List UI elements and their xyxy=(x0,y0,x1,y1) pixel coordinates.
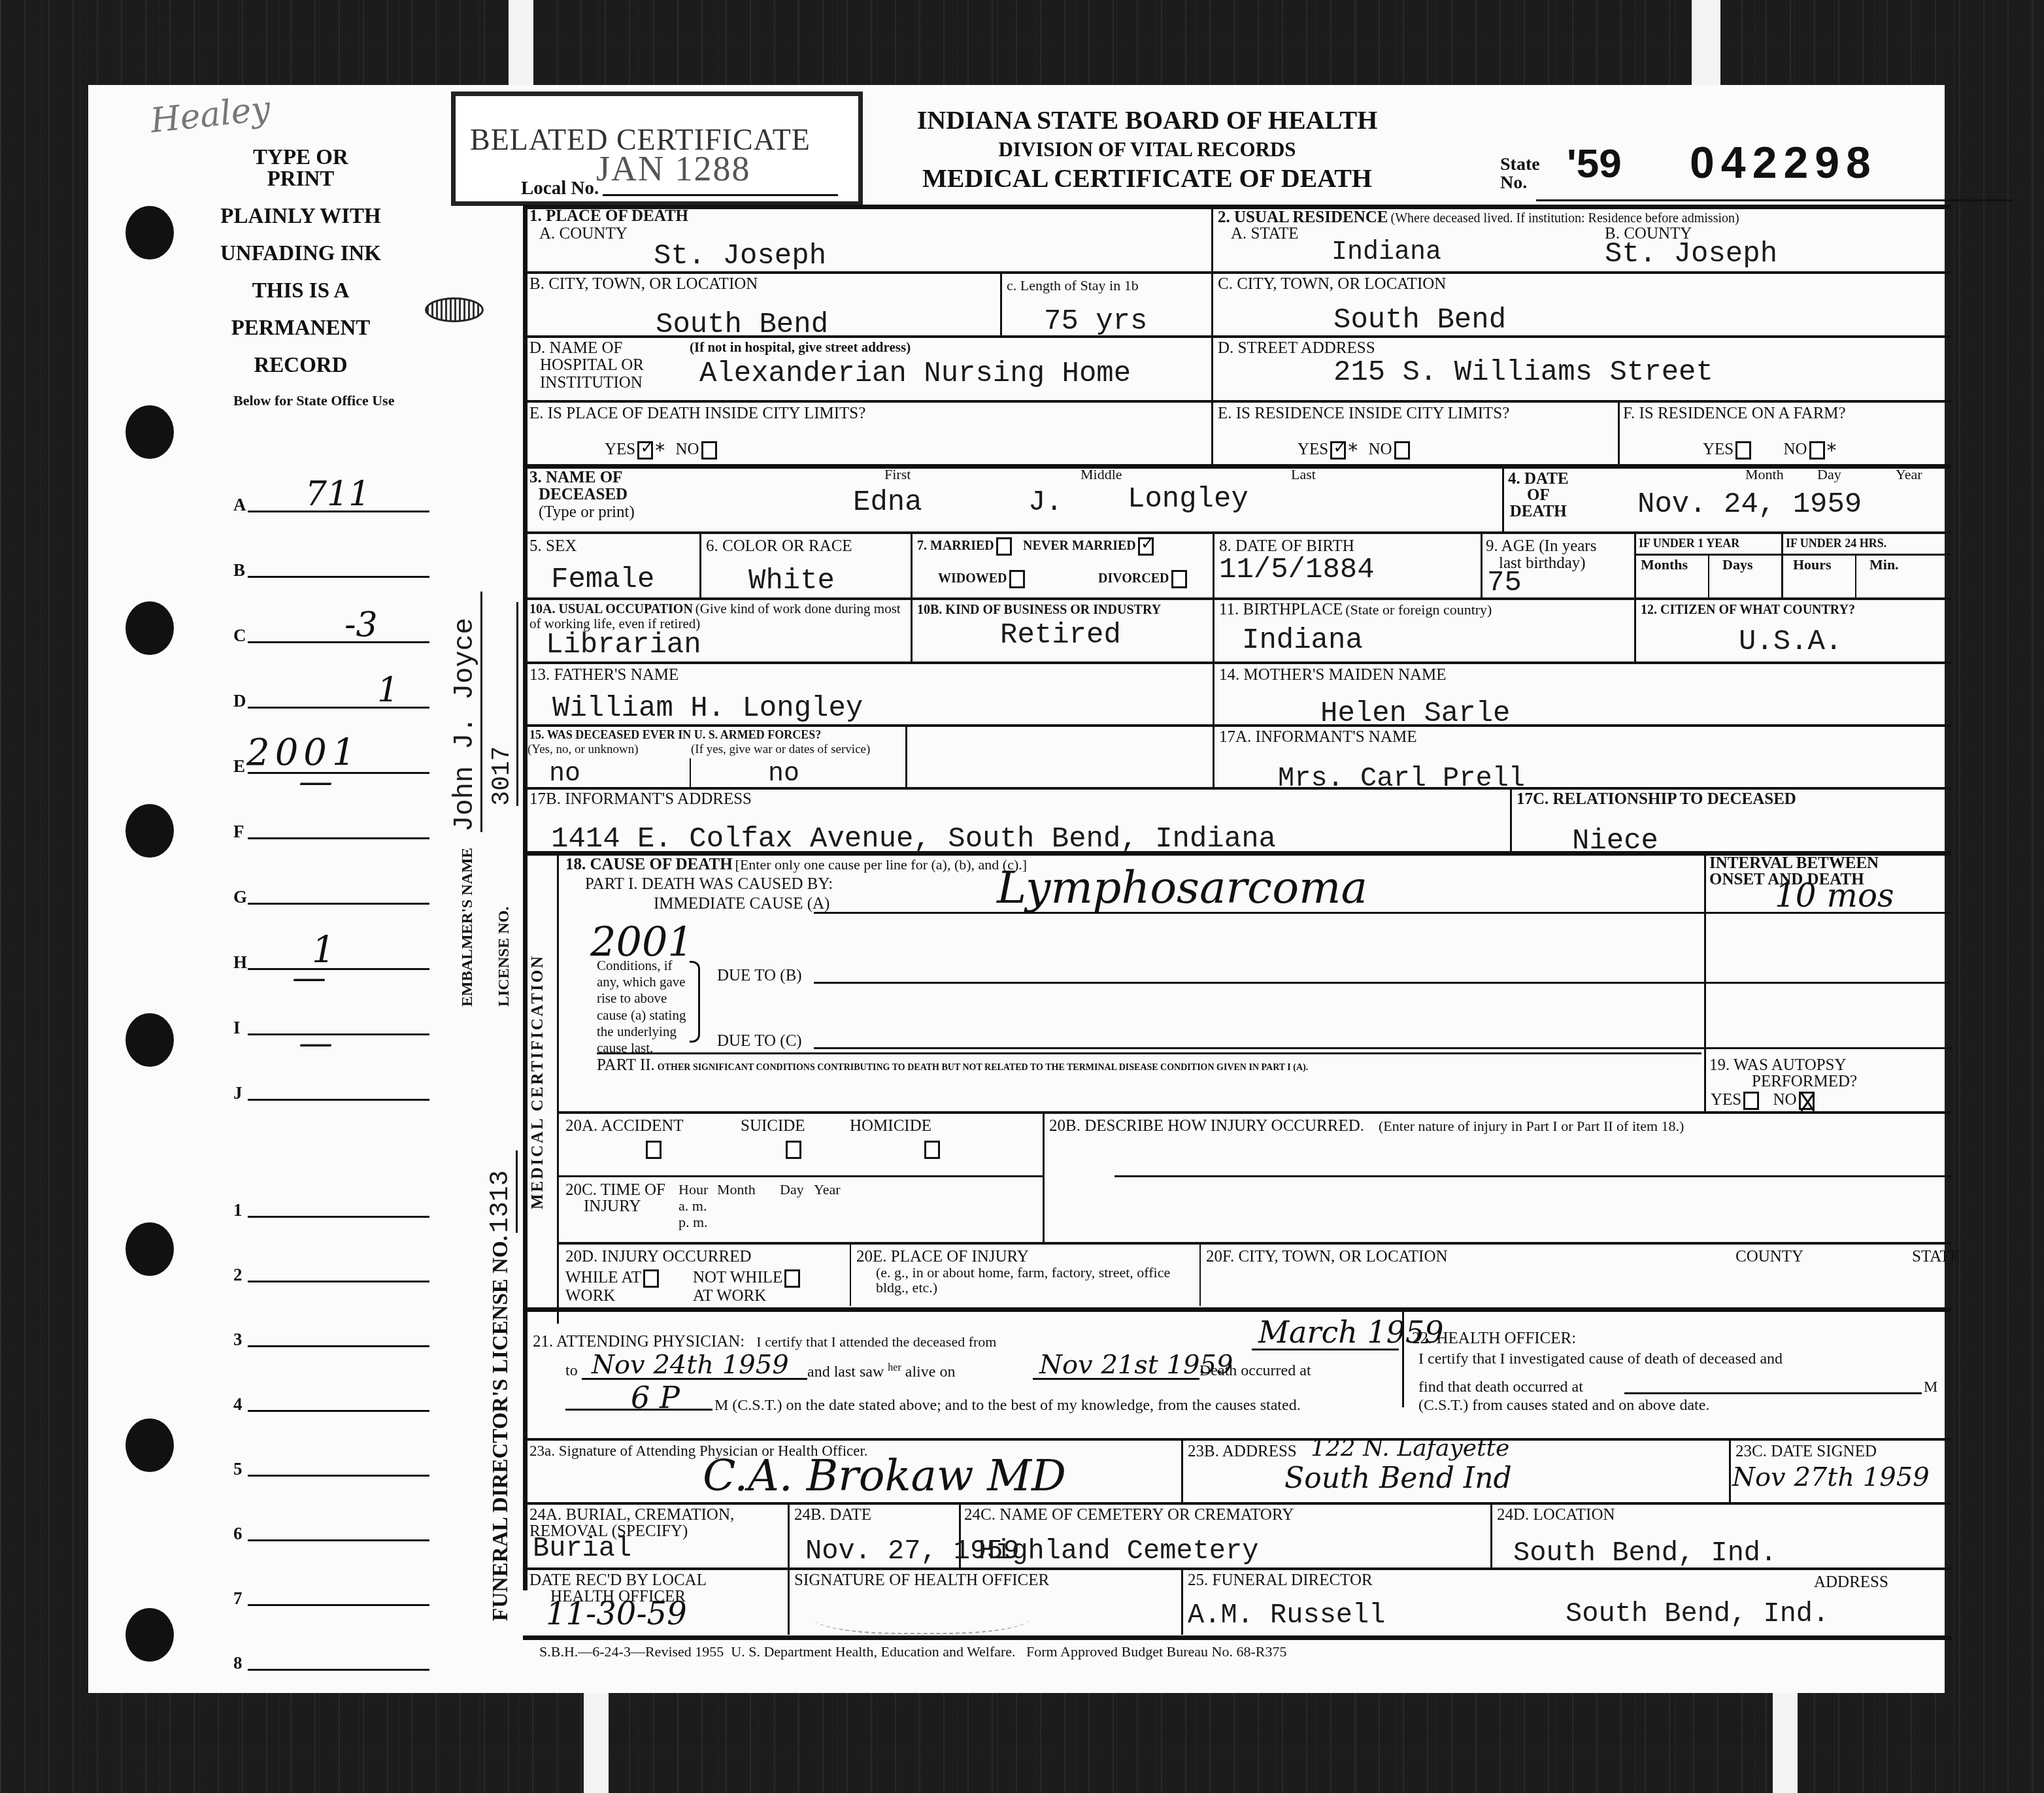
birthplace-label: 11. BIRTHPLACE (State or foreign country… xyxy=(1219,601,1492,618)
rule xyxy=(1729,1440,1731,1502)
asterisk-mark: * xyxy=(1348,439,1358,462)
state-no: 042298 xyxy=(1690,137,1877,188)
funeral-director-label: 25. FUNERAL DIRECTOR xyxy=(1188,1572,1373,1588)
res-city-limits-no-checkbox[interactable] xyxy=(1394,441,1410,460)
film-edge-right-bottom xyxy=(1773,1693,1798,1793)
age-value: 75 xyxy=(1487,569,1522,597)
time-of-injury-label: 20c. TIME OF INJURY xyxy=(565,1182,665,1215)
rule xyxy=(905,726,907,787)
film-edge-left xyxy=(509,0,533,85)
pod-city-limits-options: YES* NO xyxy=(605,441,719,461)
first-label: First xyxy=(884,467,911,482)
asterisk-mark: * xyxy=(1827,439,1837,462)
film-edge-mid xyxy=(1692,0,1720,85)
informant-name-label: 17a. INFORMANT'S NAME xyxy=(1219,729,1416,745)
license-label: LICENSE No. xyxy=(495,907,512,1007)
divorced-checkbox[interactable] xyxy=(1171,570,1187,588)
autopsy-options: YES NO xyxy=(1711,1092,1817,1110)
physician-cert-end: M (C.S.T.) on the date stated above; and… xyxy=(565,1396,1396,1416)
dob-label: 8. DATE OF BIRTH xyxy=(1219,538,1354,554)
dob-value: 11/5/1884 xyxy=(1219,556,1375,584)
number-line: 6 xyxy=(233,1481,429,1545)
never-married-checkbox[interactable] xyxy=(1138,537,1154,556)
rule xyxy=(523,1438,1951,1441)
binder-hole xyxy=(126,1222,174,1276)
pod-city-limits-label: e. IS PLACE OF DEATH INSIDE CITY LIMITS? xyxy=(529,405,865,422)
rule xyxy=(1510,789,1512,851)
suicide-label: SUICIDE xyxy=(741,1118,805,1134)
race-label: 6. COLOR OR RACE xyxy=(706,538,852,554)
funeral-director-value: A.M. Russell xyxy=(1188,1601,1385,1629)
part2-label: PART II. OTHER SIGNIFICANT CONDITIONS CO… xyxy=(597,1057,1308,1073)
rule xyxy=(788,1569,790,1635)
am-label: a. m. xyxy=(679,1198,707,1213)
rule xyxy=(1043,1113,1045,1243)
res-street-label: d. STREET ADDRESS xyxy=(1218,340,1375,356)
division-title: DIVISION OF VITAL RECORDS xyxy=(886,138,1409,161)
married-option: 7. MARRIED xyxy=(917,537,1014,556)
rule xyxy=(1634,599,1636,662)
month-label: Month xyxy=(717,1182,756,1197)
dod-label: 4. DATE OF DEATH xyxy=(1508,471,1569,520)
belated-certificate-stamp: BELATED CERTIFICATE Local No. JAN 1288 xyxy=(451,92,863,206)
last-label: Last xyxy=(1291,467,1316,482)
months-label: Months xyxy=(1641,557,1688,572)
rule xyxy=(523,787,1951,790)
letter-line-c: C-3 xyxy=(233,582,429,647)
rule xyxy=(1213,599,1215,662)
autopsy-yes-checkbox[interactable] xyxy=(1743,1092,1759,1110)
widowed-option: WIDOWED xyxy=(938,570,1027,588)
due-to-c-line xyxy=(814,1047,1742,1049)
divorced-option: DIVORCED xyxy=(1098,570,1189,588)
number-line: 3 xyxy=(233,1286,429,1351)
binder-hole xyxy=(126,601,174,655)
embalmer-block: EMBALMER'S NAME John J. Joyce xyxy=(451,592,478,1007)
rule xyxy=(523,662,1951,664)
last-saw-text: and last saw her alive on xyxy=(807,1363,955,1381)
asterisk-mark: * xyxy=(655,439,665,462)
form-title: MEDICAL CERTIFICATE OF DEATH xyxy=(886,163,1409,193)
immediate-cause-value: Lymphosarcoma xyxy=(997,866,1367,911)
armed-forces-label: 15. WAS DECEASED EVER IN U. S. ARMED FOR… xyxy=(529,729,821,741)
rule xyxy=(523,597,1951,600)
hospital-value: Alexanderian Nursing Home xyxy=(699,360,1131,388)
rule xyxy=(1211,400,1951,403)
hospital-label: d. NAME OF HOSPITAL OR INSTITUTION xyxy=(529,340,644,392)
rule xyxy=(557,1242,1951,1245)
homicide-label: HOMICIDE xyxy=(850,1118,931,1134)
rule xyxy=(1490,1504,1492,1567)
rule xyxy=(1181,1569,1183,1635)
date-of-death-value: Nov. 24, 1959 xyxy=(1637,490,1862,519)
res-state-value: Indiana xyxy=(1332,240,1441,266)
physician-signature: C.A. Brokaw MD xyxy=(703,1454,1066,1498)
injury-occurred-label: 20d. INJURY OCCURRED xyxy=(565,1248,752,1265)
number-line: 5 xyxy=(233,1416,429,1481)
instruction-line: TYPE OR PRINT xyxy=(219,147,382,190)
father-value: William H. Longley xyxy=(552,694,863,723)
rule xyxy=(1634,533,1636,597)
place-of-injury-label: 20e. PLACE OF INJURY xyxy=(856,1248,1029,1265)
rule xyxy=(911,599,913,662)
letter-lines: A711 B C-3 D1 E2001 F— G H1 I— J— xyxy=(233,451,429,1105)
brace xyxy=(690,961,700,1043)
pod-city-limits-no-checkbox[interactable] xyxy=(701,441,717,460)
widowed-checkbox[interactable] xyxy=(1009,570,1025,588)
to-label: to xyxy=(565,1363,578,1379)
cemetery-value: Highland Cemetery xyxy=(979,1537,1258,1565)
state-no-underline xyxy=(1536,199,2013,201)
instruction-line: PLAINLY WITH xyxy=(219,206,382,227)
rule xyxy=(1213,663,1215,724)
res-farm-no-checkbox[interactable] xyxy=(1809,441,1825,460)
pod-county-label: a. COUNTY xyxy=(539,226,628,242)
injury-state-label: STATE xyxy=(1912,1248,1960,1265)
film-edge-left-bottom xyxy=(584,1693,609,1793)
birthplace-value: Indiana xyxy=(1242,626,1363,655)
letter-line-h: H1 xyxy=(233,909,429,974)
place-of-injury-note: (e. g., in or about home, farm, factory,… xyxy=(876,1265,1196,1295)
death-certificate-page: Healey TYPE OR PRINT PLAINLY WITH UNFADI… xyxy=(88,85,1945,1693)
cause-code: 2001 xyxy=(590,922,694,962)
stay-value: 75 yrs xyxy=(1044,307,1147,336)
rule xyxy=(1618,401,1620,464)
rule xyxy=(523,531,1951,534)
res-street-value: 215 S. Williams Street xyxy=(1333,358,1713,387)
middle-label: Middle xyxy=(1081,467,1122,482)
armed-note-2: (If yes, give war or dates of service) xyxy=(691,743,870,756)
day-label: Day xyxy=(780,1182,804,1197)
rule xyxy=(523,724,1951,727)
res-city-label: c. CITY, TOWN, OR LOCATION xyxy=(1218,276,1446,292)
res-farm-yes-checkbox[interactable] xyxy=(1735,441,1751,460)
physician-address-line-2: South Bend Ind xyxy=(1284,1464,1512,1493)
date-recd-value: 11-30-59 xyxy=(546,1598,687,1630)
rule xyxy=(597,1052,1701,1054)
res-farm-options: YES NO* xyxy=(1703,441,1837,461)
letter-line-g: G xyxy=(233,843,429,909)
rule xyxy=(1709,982,1951,984)
form-left-border xyxy=(523,195,528,1590)
while-at-work-option: WHILE AT WORK xyxy=(565,1269,661,1304)
health-officer-m: M xyxy=(1924,1379,1937,1396)
injury-county-label: COUNTY xyxy=(1735,1248,1803,1265)
rule xyxy=(1000,273,1002,335)
rule xyxy=(523,271,1213,274)
state-no-label: State No. xyxy=(1500,156,1540,192)
res-city-limits-label: e. IS RESIDENCE INSIDE CITY LIMITS? xyxy=(1218,405,1509,422)
rule xyxy=(1199,1244,1201,1306)
rule xyxy=(1709,1047,1951,1049)
rule xyxy=(523,400,1213,403)
letter-line-b: B xyxy=(233,516,429,582)
fd-license-block: FUNERAL DIRECTOR'S LICENSE No. 1313 xyxy=(488,1150,514,1621)
under-1-year-label: IF UNDER 1 YEAR xyxy=(1639,537,1739,549)
hour-label: Hour xyxy=(679,1182,708,1197)
citizen-label: 12. CITIZEN OF WHAT COUNTRY? xyxy=(1641,603,1855,616)
citizen-value: U.S.A. xyxy=(1739,628,1842,656)
health-officer-text-1: I certify that I investigated cause of d… xyxy=(1418,1351,1783,1367)
health-officer-label: 22. HEALTH OFFICER: xyxy=(1412,1330,1576,1347)
last-name-value: Longley xyxy=(1128,485,1248,514)
business-label: 10b. KIND OF BUSINESS OR INDUSTRY xyxy=(917,603,1161,616)
death-occurred-text: Death occurred at xyxy=(1199,1363,1311,1379)
rule xyxy=(788,1504,790,1567)
occupation-label: 10a. USUAL OCCUPATION (Give kind of work… xyxy=(529,601,909,631)
deceased-name-label: 3. NAME OF DECEASED (Type or print) xyxy=(529,469,635,521)
res-city-limits-options: YES* NO xyxy=(1298,441,1412,461)
form-footer: S.B.H.—6-24-3—Revised 1955 U. S. Departm… xyxy=(539,1644,1286,1659)
rule xyxy=(911,533,913,597)
armed-value: no xyxy=(549,762,580,788)
not-while-at-work-checkbox[interactable] xyxy=(784,1269,800,1288)
due-to-c-label: DUE TO (c) xyxy=(717,1033,802,1049)
never-married-option: NEVER MARRIED xyxy=(1023,537,1156,556)
number-lines: 1 2 3 4 5 6 7 8 xyxy=(233,1157,429,1675)
sex-label: 5. SEX xyxy=(529,538,577,554)
instruction-line: PERMANENT xyxy=(219,318,382,339)
rule xyxy=(523,1502,1951,1505)
rule xyxy=(523,1307,1951,1312)
cause-heading: 18. CAUSE OF DEATH [Enter only one cause… xyxy=(565,856,1027,873)
occupation-value: Librarian xyxy=(546,631,701,660)
rule xyxy=(699,533,701,597)
immediate-cause-label: IMMEDIATE CAUSE (a) xyxy=(654,896,829,912)
physician-address-line-1: 122 N. Lafayette xyxy=(1311,1437,1509,1460)
res-county-value: St. Joseph xyxy=(1605,240,1777,269)
pod-city-label: b. CITY, TOWN, OR LOCATION xyxy=(529,276,758,292)
director-address-value: South Bend, Ind. xyxy=(1566,1600,1829,1628)
health-officer-time-line xyxy=(1624,1392,1922,1394)
business-value: Retired xyxy=(1000,621,1121,650)
date-signed-label: 23c. DATE SIGNED xyxy=(1735,1443,1877,1460)
fd-license-label: FUNERAL DIRECTOR'S LICENSE No. xyxy=(489,1235,512,1621)
binder-hole xyxy=(126,206,174,260)
while-at-work-checkbox[interactable] xyxy=(643,1269,659,1288)
local-no-stamp: JAN 1288 xyxy=(596,148,751,189)
suicide-checkbox[interactable] xyxy=(786,1141,801,1159)
rule xyxy=(1114,1175,1951,1177)
local-no-label: Local No. xyxy=(521,178,599,199)
rule xyxy=(1708,554,1709,597)
rule xyxy=(557,1111,1951,1114)
dod-day-label: Day xyxy=(1817,467,1841,482)
informant-address-label: 17b. INFORMANT'S ADDRESS xyxy=(529,791,752,807)
hours-label: Hours xyxy=(1793,557,1832,572)
embalmer-name: John J. Joyce xyxy=(449,592,482,832)
rule xyxy=(1781,533,1783,597)
rule xyxy=(1481,533,1483,597)
medical-certification-label: MEDICAL CERTIFICATION xyxy=(529,954,546,1209)
armed-service-value: no xyxy=(768,762,799,788)
injury-city-label: 20f. CITY, TOWN, OR LOCATION xyxy=(1206,1248,1448,1265)
mother-label: 14. MOTHER'S MAIDEN NAME xyxy=(1219,667,1447,683)
rule xyxy=(1213,533,1215,597)
interval-value: 10 mos xyxy=(1775,879,1894,912)
rule xyxy=(1181,1440,1183,1502)
burial-date-label: 24b. DATE xyxy=(794,1507,871,1523)
ho-signature-scribble xyxy=(814,1595,1030,1634)
autopsy-no-checkbox[interactable] xyxy=(1799,1092,1815,1110)
burial-type-value: Burial xyxy=(533,1535,631,1562)
binder-hole xyxy=(126,1013,174,1067)
binder-hole xyxy=(126,1418,174,1472)
instruction-line: THIS IS A xyxy=(219,280,382,302)
number-line: 4 xyxy=(233,1351,429,1416)
state-office-use-label: Below for State Office Use xyxy=(233,392,394,409)
father-label: 13. FATHER'S NAME xyxy=(529,667,679,683)
physician-address-label: 23b. ADDRESS xyxy=(1188,1443,1297,1460)
res-city-limits-yes-checkbox[interactable] xyxy=(1330,441,1346,460)
place-of-death-heading: 1. PLACE OF DEATH xyxy=(529,208,688,224)
form-bottom-border xyxy=(523,1635,1951,1640)
armed-note-1: (Yes, no, or unknown) xyxy=(528,743,639,756)
due-to-b-line xyxy=(814,982,1742,984)
attended-to-value: Nov 24th 1959 xyxy=(592,1352,789,1378)
pm-label: p. m. xyxy=(679,1215,708,1230)
middle-name-value: J. xyxy=(1028,488,1063,517)
accident-label: 20a. ACCIDENT xyxy=(565,1118,684,1134)
binder-hole xyxy=(126,405,174,459)
burial-location-value: South Bend, Ind. xyxy=(1513,1539,1777,1567)
instruction-line: UNFADING INK xyxy=(219,243,382,265)
binder-hole xyxy=(126,1608,174,1662)
rule xyxy=(1502,466,1504,531)
residence-heading: 2. USUAL RESIDENCE (Where deceased lived… xyxy=(1218,209,1739,226)
number-line: 8 xyxy=(233,1610,429,1675)
rule xyxy=(850,1244,851,1306)
informant-address-value: 1414 E. Colfax Avenue, South Bend, India… xyxy=(551,825,1276,854)
physician-cert-line-1: 21. ATTENDING PHYSICIAN: I certify that … xyxy=(533,1333,996,1350)
embalmer-label: EMBALMER'S NAME xyxy=(459,848,476,1007)
rule xyxy=(690,758,691,787)
rule xyxy=(523,1567,1951,1570)
corner-handwriting: Healey xyxy=(149,92,272,139)
not-while-at-work-option: NOT WHILE AT WORK xyxy=(693,1269,802,1304)
race-value: White xyxy=(748,567,835,595)
rule xyxy=(523,335,1213,338)
ho-signature-label: SIGNATURE OF HEALTH OFFICER xyxy=(794,1572,1049,1588)
health-officer-text-2: find that death occurred at xyxy=(1418,1379,1583,1396)
homicide-checkbox[interactable] xyxy=(924,1141,940,1159)
days-label: Days xyxy=(1722,557,1752,572)
pod-city-limits-yes-checkbox[interactable] xyxy=(637,441,653,460)
autopsy-label: 19. WAS AUTOPSY PERFORMED? xyxy=(1709,1057,1857,1090)
margin-instructions: TYPE OR PRINT PLAINLY WITH UNFADING INK … xyxy=(219,147,382,377)
burial-location-label: 24d. LOCATION xyxy=(1497,1507,1615,1523)
license-block: LICENSE No. 3017 xyxy=(490,602,515,1007)
pod-county-value: St. Joseph xyxy=(654,242,826,271)
union-label-icon xyxy=(425,297,484,322)
min-label: Min. xyxy=(1869,557,1899,572)
health-officer-text-3: (C.S.T.) from causes stated and on above… xyxy=(1418,1398,1709,1414)
rule xyxy=(557,853,559,1324)
fd-license-no: 1313 xyxy=(486,1150,518,1233)
relationship-label: 17c. RELATIONSHIP TO DECEASED xyxy=(1516,791,1796,807)
director-address-label: ADDRESS xyxy=(1814,1574,1888,1590)
rule xyxy=(557,1175,1044,1177)
letter-line-f: F— xyxy=(233,778,429,843)
due-to-b-label: DUE TO (b) xyxy=(717,967,802,984)
res-city-value: South Bend xyxy=(1333,306,1506,335)
date-signed-value: Nov 27th 1959 xyxy=(1732,1464,1930,1490)
stay-label: c. Length of Stay in 1b xyxy=(1007,278,1139,293)
instruction-line: RECORD xyxy=(219,355,382,377)
first-name-value: Edna xyxy=(853,488,922,517)
rule xyxy=(1855,554,1856,597)
accident-checkbox[interactable] xyxy=(646,1141,662,1159)
dod-month-label: Month xyxy=(1745,467,1784,482)
describe-injury-label: 20b. DESCRIBE HOW INJURY OCCURRED. (Ente… xyxy=(1049,1118,1684,1134)
form-header: INDIANA STATE BOARD OF HEALTH DIVISION O… xyxy=(886,105,1409,193)
number-line: 1 xyxy=(233,1157,429,1222)
local-no-underline xyxy=(603,194,838,196)
married-checkbox[interactable] xyxy=(996,537,1012,556)
license-no: 3017 xyxy=(488,602,518,805)
agency-title: INDIANA STATE BOARD OF HEALTH xyxy=(886,105,1409,135)
letter-line-a: A711 xyxy=(233,451,429,516)
letter-line-d: D1 xyxy=(233,647,429,712)
under-24-hrs-label: IF UNDER 24 HRS. xyxy=(1786,537,1886,549)
dod-year-label: Year xyxy=(1896,467,1922,482)
binder-hole xyxy=(126,804,174,858)
res-farm-label: f. IS RESIDENCE ON A FARM? xyxy=(1623,405,1846,422)
year-label: Year xyxy=(814,1182,841,1197)
number-line: 7 xyxy=(233,1545,429,1610)
hospital-note: (If not in hospital, give street address… xyxy=(690,340,911,354)
rule xyxy=(1211,271,1951,274)
rule xyxy=(523,464,1951,469)
rule xyxy=(1634,554,1951,556)
letter-line-j: J— xyxy=(233,1039,429,1105)
state-no-prefix: '59 xyxy=(1567,141,1622,187)
number-line: 2 xyxy=(233,1222,429,1286)
conditions-note: Conditions, if any, which gave rise to a… xyxy=(597,958,688,1056)
rule xyxy=(1213,726,1215,787)
res-state-label: a. STATE xyxy=(1231,226,1299,242)
cemetery-label: 24c. NAME OF CEMETERY OR CREMATORY xyxy=(964,1507,1294,1523)
rule xyxy=(1211,335,1951,338)
part1-label: PART I. DEATH WAS CAUSED BY: xyxy=(585,876,833,892)
rule xyxy=(1704,853,1706,1111)
sex-value: Female xyxy=(551,565,654,594)
